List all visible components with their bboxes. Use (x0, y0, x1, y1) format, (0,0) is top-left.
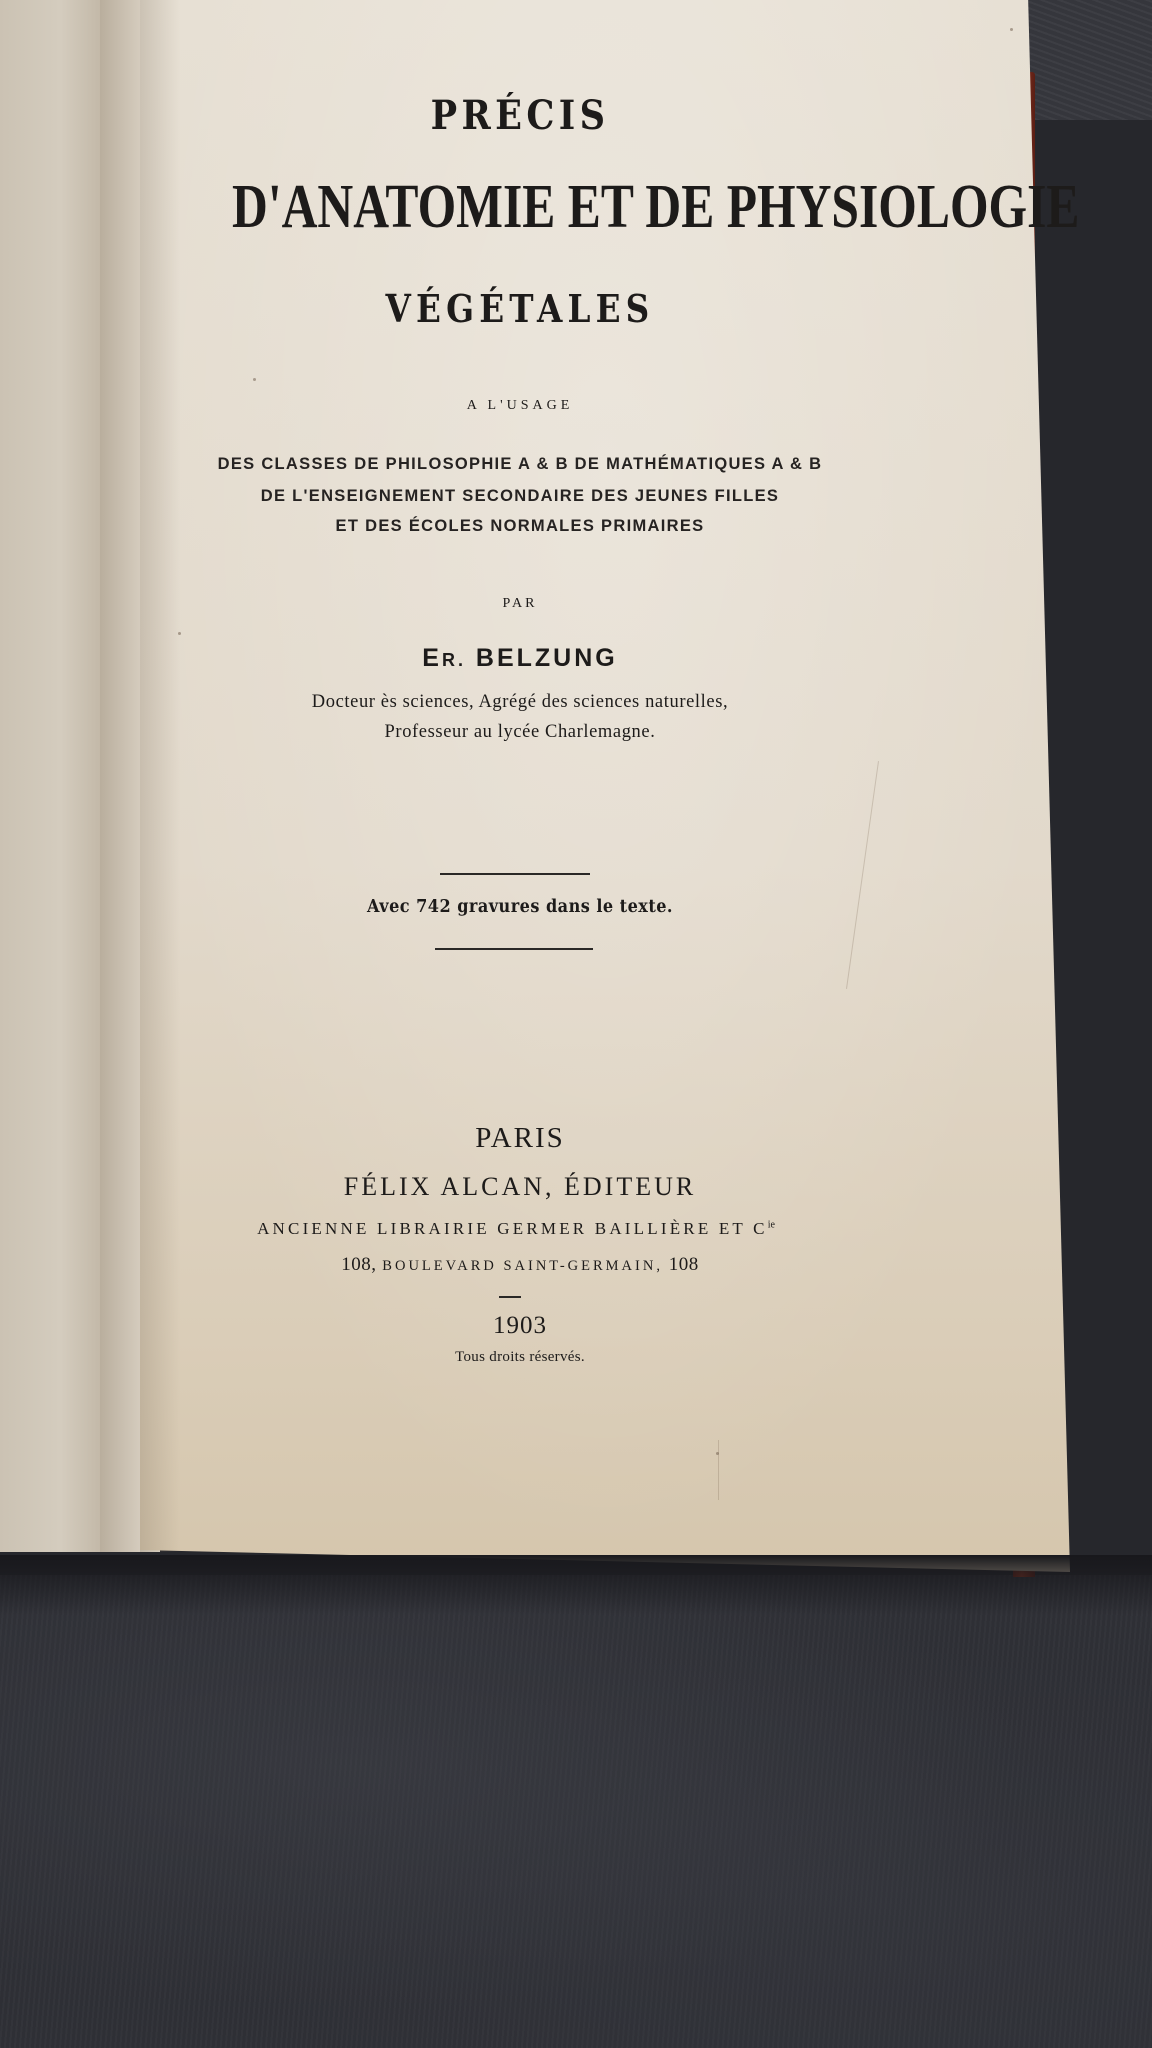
author-name: ER. BELZUNG (160, 644, 880, 673)
illustrations-note: Avec 742 gravures dans le texte. (189, 897, 851, 917)
audience-line-1: DES CLASSES DE PHILOSOPHIE A & B DE MATH… (160, 455, 880, 474)
author-credentials-1: Docteur ès sciences, Agrégé des sciences… (160, 692, 880, 713)
publication-year: 1903 (160, 1312, 880, 1340)
usage-label: A L'USAGE (160, 398, 880, 414)
divider-top (440, 873, 590, 875)
imprint-former-name: ANCIENNE LIBRAIRIE GERMER BAILLIÈRE ET C… (156, 1219, 876, 1239)
author-credentials-2: Professeur au lycée Charlemagne. (160, 722, 880, 743)
book-shadow (0, 1555, 1152, 1615)
address-number-right: 108 (669, 1254, 699, 1275)
address-number-left: 108, (341, 1254, 376, 1275)
title-line-vegetales: VÉGÉTALES (210, 286, 829, 331)
left-facing-page (0, 0, 110, 1552)
former-name-text: ANCIENNE LIBRAIRIE GERMER BAILLIÈRE ET C (257, 1219, 768, 1238)
paper-speck (253, 378, 256, 381)
former-name-sup: ie (768, 1219, 775, 1230)
paper-speck (178, 632, 181, 635)
by-label: PAR (160, 596, 880, 612)
address-street: BOULEVARD SAINT-GERMAIN, (382, 1258, 663, 1274)
author-surname: BELZUNG (476, 644, 618, 672)
paper-speck (1010, 28, 1013, 31)
audience-line-3: ET DES ÉCOLES NORMALES PRIMAIRES (160, 517, 880, 536)
carpet-background (0, 1575, 1152, 2048)
imprint-address: 108, BOULEVARD SAINT-GERMAIN, 108 (160, 1254, 880, 1276)
divider-bottom (435, 948, 593, 950)
author-initial: E (422, 644, 442, 672)
title-line-main: D'ANATOMIE ET DE PHYSIOLOGIE (232, 172, 808, 243)
imprint-city: PARIS (160, 1122, 880, 1155)
rights-notice: Tous droits réservés. (160, 1349, 880, 1366)
title-line-precis: PRÉCIS (203, 92, 837, 139)
paper-crease (718, 1440, 719, 1500)
imprint-publisher: FÉLIX ALCAN, ÉDITEUR (160, 1172, 880, 1202)
imprint-dash (499, 1296, 521, 1298)
author-initial-small: R. (442, 650, 466, 670)
audience-line-2: DE L'ENSEIGNEMENT SECONDAIRE DES JEUNES … (160, 487, 880, 506)
